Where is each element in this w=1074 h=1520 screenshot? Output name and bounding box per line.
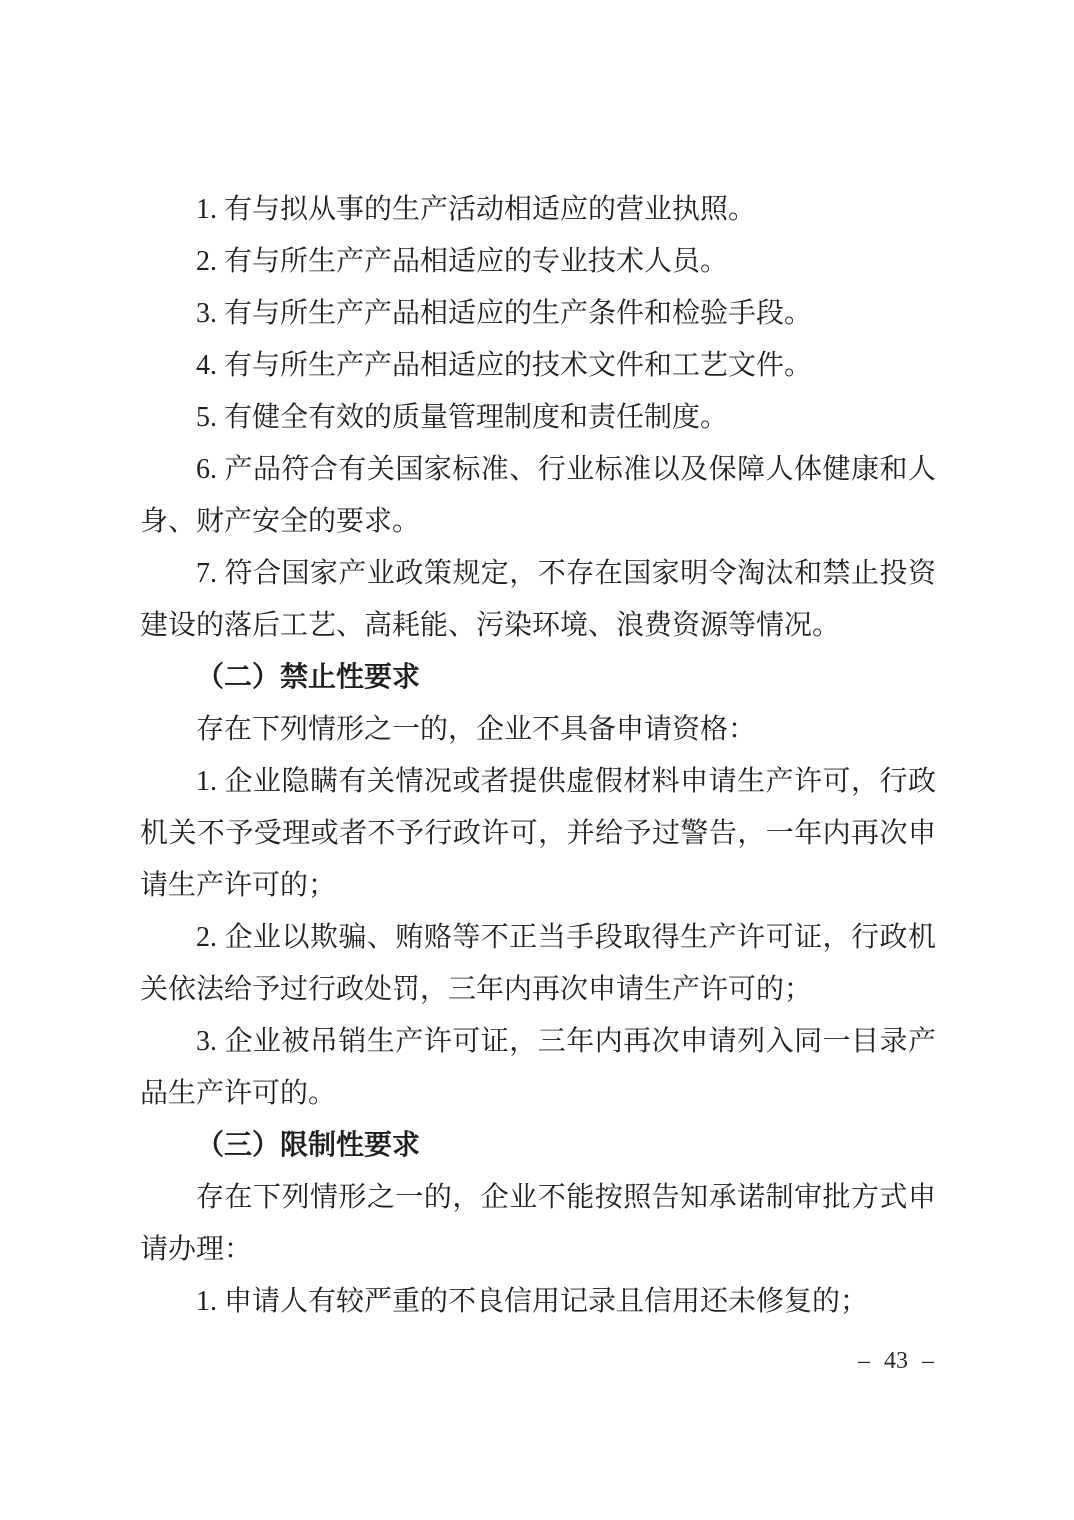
- section-2-item-2: 2. 企业以欺骗、贿赂等不正当手段取得生产许可证，行政机关依法给予过行政处罚，三…: [140, 912, 936, 1016]
- list-item-4: 4. 有与所生产产品相适应的技术文件和工艺文件。: [140, 340, 936, 392]
- page-footer: – 43 –: [858, 1346, 934, 1376]
- list-item-2: 2. 有与所生产产品相适应的专业技术人员。: [140, 236, 936, 288]
- list-item-3: 3. 有与所生产产品相适应的生产条件和检验手段。: [140, 288, 936, 340]
- section-heading-3: （三）限制性要求: [140, 1120, 936, 1172]
- section-2-item-1: 1. 企业隐瞒有关情况或者提供虚假材料申请生产许可，行政机关不予受理或者不予行政…: [140, 756, 936, 912]
- list-item-1: 1. 有与拟从事的生产活动相适应的营业执照。: [140, 184, 936, 236]
- section-3-intro: 存在下列情形之一的，企业不能按照告知承诺制审批方式申请办理：: [140, 1172, 936, 1276]
- list-item-7: 7. 符合国家产业政策规定，不存在国家明令淘汰和禁止投资建设的落后工艺、高耗能、…: [140, 548, 936, 652]
- section-2-intro: 存在下列情形之一的，企业不具备申请资格：: [140, 704, 936, 756]
- section-heading-2: （二）禁止性要求: [140, 652, 936, 704]
- document-page: 1. 有与拟从事的生产活动相适应的营业执照。 2. 有与所生产产品相适应的专业技…: [0, 0, 1074, 1520]
- section-2-item-3: 3. 企业被吊销生产许可证，三年内再次申请列入同一目录产品生产许可的。: [140, 1016, 936, 1120]
- page-number: – 43 –: [858, 1348, 934, 1374]
- document-body: 1. 有与拟从事的生产活动相适应的营业执照。 2. 有与所生产产品相适应的专业技…: [140, 184, 936, 1328]
- list-item-6: 6. 产品符合有关国家标准、行业标准以及保障人体健康和人身、财产安全的要求。: [140, 444, 936, 548]
- list-item-5: 5. 有健全有效的质量管理制度和责任制度。: [140, 392, 936, 444]
- section-3-item-1: 1. 申请人有较严重的不良信用记录且信用还未修复的；: [140, 1276, 936, 1328]
